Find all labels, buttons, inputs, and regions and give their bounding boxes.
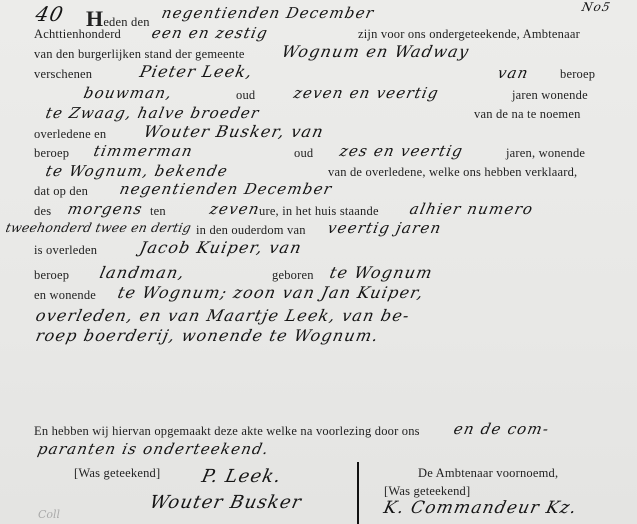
printed-closing: En hebben wij hiervan opgemaakt deze akt… (34, 424, 420, 439)
label-was-geteekend-right: [Was geteekend] (384, 484, 470, 499)
printed-en-wonende: en wonende (34, 288, 96, 303)
printed-verschenen: verschenen (34, 67, 92, 82)
printed-oud-2: oud (294, 146, 313, 161)
signature-wouter-busker: Wouter Busker (148, 492, 304, 513)
hw-witness1-residence-relation: te Zwaag, halve broeder (44, 104, 261, 122)
printed-ambtenaar: zijn voor ons ondergeteekende, Ambtenaar (358, 27, 580, 42)
printed-van-de-overledene: van de overledene, welke ons hebben verk… (328, 165, 577, 180)
printed-ure-huis: ure, in het huis staande (259, 204, 379, 219)
printed-is-overleden: is overleden (34, 243, 97, 258)
hw-witness1-age: zeven en veertig (292, 84, 441, 102)
hw-closing-2: paranten is onderteekend. (36, 440, 271, 458)
label-ambtenaar-voornoemd: De Ambtenaar voornoemd, (418, 466, 558, 481)
printed-oud: oud (236, 88, 255, 103)
printed-achttienhonderd: Achttienhonderd (34, 27, 121, 42)
hw-deceased-age: veertig jaren (326, 219, 443, 237)
hw-parent2-occupation: roep boerderij, wonende te Wognum. (34, 326, 381, 345)
hw-house-number: tweehonderd twee en dertig (4, 220, 192, 235)
hw-witness2-name: Wouter Busker, van (142, 122, 326, 141)
printed-ouderdom: in den ouderdom van (196, 223, 306, 238)
printed-beroep: beroep (560, 67, 595, 82)
hw-witness2-age: zes en veertig (338, 142, 465, 160)
hw-year: een en zestig (150, 24, 270, 42)
printed-jaren-wonende-2: jaren, wonende (506, 146, 585, 161)
printed-dat-op-den: dat op den (34, 184, 88, 199)
signature-commandeur: K. Commandeur Kz. (382, 498, 579, 518)
hw-deceased-name: Jacob Kuiper, van (138, 238, 304, 257)
hw-witness1-occupation: bouwman, (82, 84, 174, 102)
signature-brace (357, 462, 359, 524)
printed-beroep-3: beroep (34, 268, 69, 283)
printed-van-de-na: van de na te noemen (474, 107, 581, 122)
signature-p-leek: P. Leek. (200, 466, 284, 487)
hw-alhier-numero: alhier numero (408, 200, 535, 218)
hw-closing-1: en de com- (452, 420, 551, 438)
hw-morgens: morgens (66, 200, 144, 218)
record-number: 40 (33, 2, 66, 26)
printed-jaren-wonende: jaren wonende (512, 88, 588, 103)
label-was-geteekend-left: [Was geteekend] (74, 466, 160, 481)
hw-date-day: negentienden December (160, 4, 376, 22)
hw-death-date: negentienden December (118, 180, 334, 198)
death-record-page: 40 Heden den negentienden December No5 A… (0, 0, 637, 524)
printed-des: des (34, 204, 51, 219)
printed-overledene-en: overledene en (34, 127, 106, 142)
pencil-note: Coll (38, 508, 60, 521)
hw-hour: zeven (208, 200, 262, 218)
hw-municipality: Wognum en Wadway (280, 42, 471, 61)
hw-witness2-residence: te Wognum, bekende (44, 162, 230, 180)
printed-geboren: geboren (272, 268, 314, 283)
hw-van: van (496, 64, 531, 82)
hw-birthplace: te Wognum (328, 263, 435, 282)
margin-note: No5 (581, 0, 613, 14)
hw-deceased-occupation: landman, (98, 263, 187, 282)
printed-beroep-2: beroep (34, 146, 69, 161)
printed-gemeente: van den burgerlijken stand der gemeente (34, 47, 245, 62)
hw-residence-parent1: te Wognum; zoon van Jan Kuiper, (116, 283, 426, 302)
hw-parent2: overleden, en van Maartje Leek, van be- (34, 306, 412, 325)
hw-witness2-occupation: timmerman (92, 142, 195, 160)
printed-ten: ten (150, 204, 166, 219)
hw-witness1-name: Pieter Leek, (138, 62, 255, 81)
